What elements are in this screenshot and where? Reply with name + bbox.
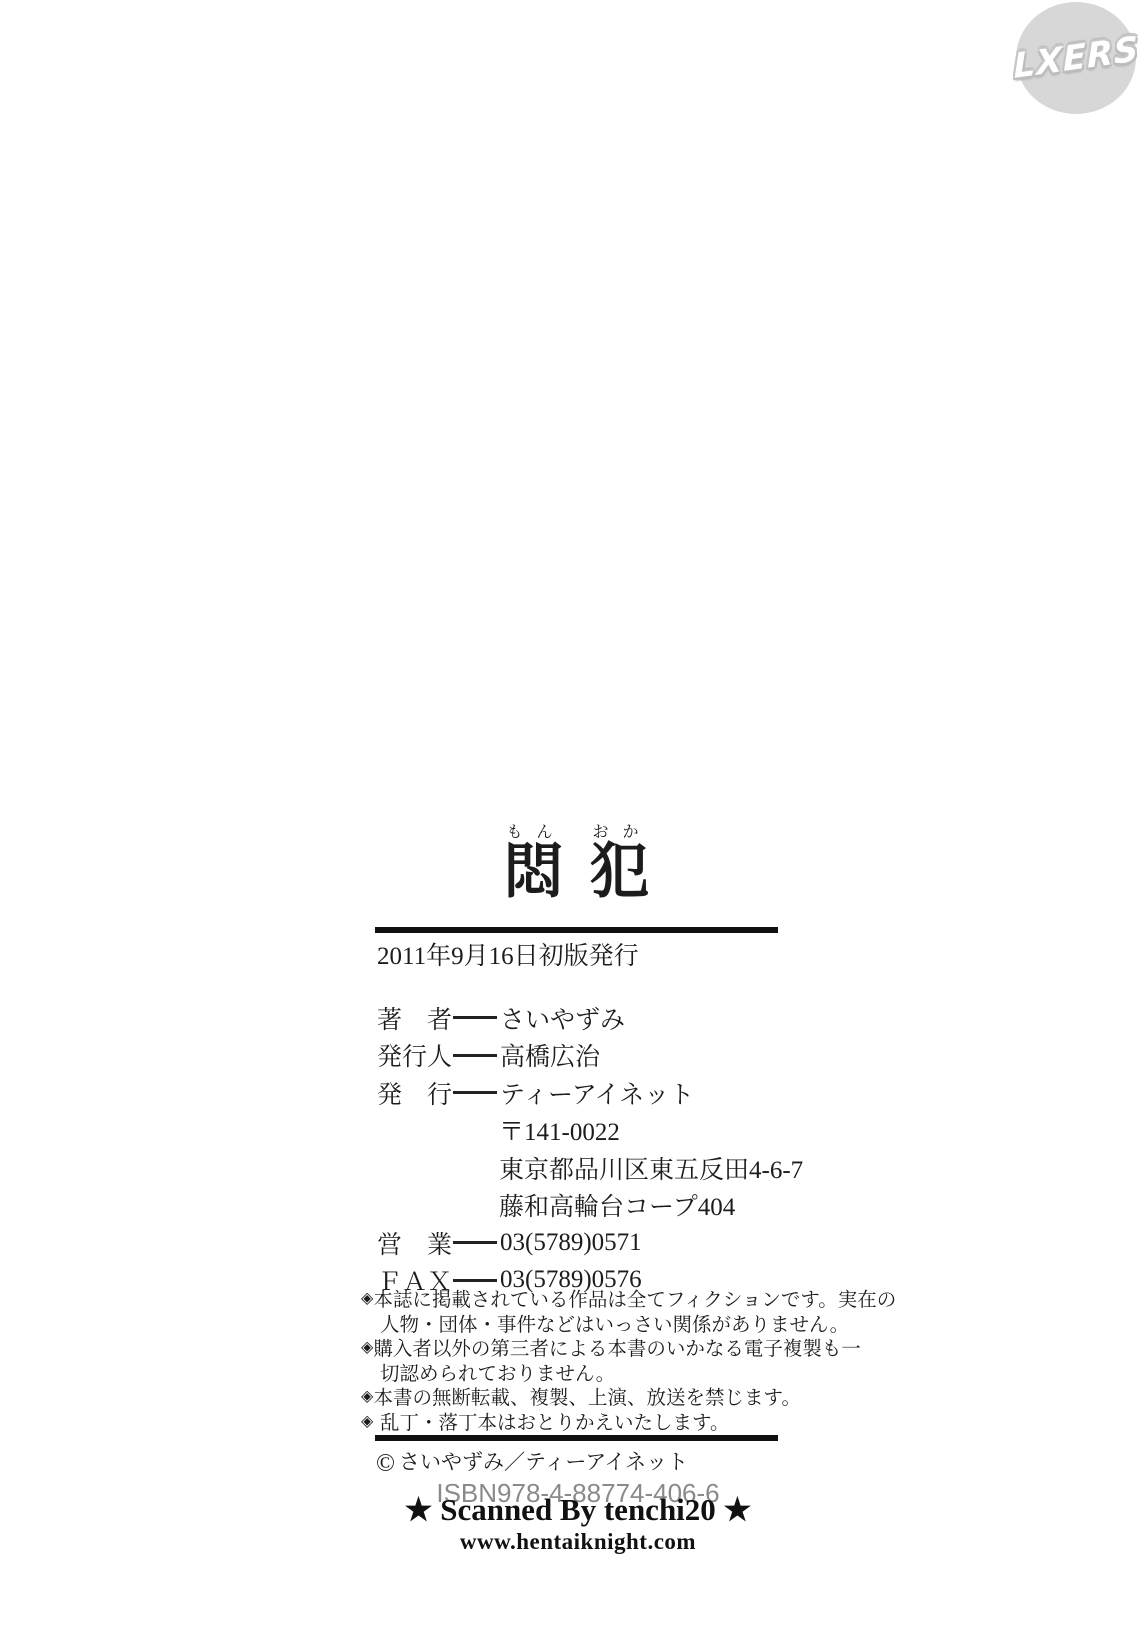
credit-label: 発 行 [377, 1075, 453, 1111]
footer-divider [375, 1435, 778, 1441]
credit-row-sales-phone: 営 業 03(5789)0571 [377, 1224, 797, 1262]
credit-row-author: 著 者 さいやずみ [377, 999, 797, 1037]
edition-date-text: 2011年9月16日初版発行 [377, 936, 639, 972]
title-kanji-1-char: 悶 [504, 839, 564, 905]
credit-value: さいやずみ [500, 1000, 625, 1036]
lxers-watermark: LXERS [1016, 2, 1136, 114]
scanned-page: LXERS 悶もん犯おか 2011年9月16日初版発行 著 者 さいやずみ 発行… [0, 0, 1140, 1646]
credit-value: 03(5789)0571 [500, 1229, 642, 1257]
lxers-watermark-text: LXERS [1013, 29, 1140, 87]
credit-label: 著 者 [377, 1000, 453, 1036]
diamond-bullet-icon: ◈ [361, 1386, 374, 1406]
title-kanji-2-furigana: おか [590, 824, 650, 841]
title-kanji-1-furigana: もん [504, 824, 564, 841]
title-kanji-1: 悶もん [504, 839, 564, 905]
title-kanji-2-char: 犯 [590, 839, 650, 905]
colophon-credits: 著 者 さいやずみ 発行人 高橋広治 発 行 ティーアイネット 〒141-002… [377, 999, 797, 1299]
title-divider [375, 927, 778, 933]
copyright-line: ©さいやずみ／ティーアイネット [376, 1446, 688, 1478]
credit-value: ティーアイネット [500, 1075, 694, 1111]
title-kanji-2: 犯おか [590, 839, 650, 905]
diamond-bullet-icon: ◈ [361, 1288, 373, 1308]
notice-text: 乱丁・落丁本はおとりかえいたします。 [380, 1407, 729, 1435]
diamond-bullet-icon: ◈ [361, 1411, 380, 1431]
credit-row-address-1: 東京都品川区東五反田4-6-7 [377, 1149, 797, 1187]
connector-dash [453, 1091, 497, 1094]
credit-value-continuation: 藤和高輪台コープ404 [499, 1187, 735, 1223]
notice-line-continuation: 切認められておりません。 [361, 1360, 801, 1385]
notice-line-continuation: 人物・団体・事件などはいっさい関係がありません。 [361, 1311, 801, 1336]
credit-value: 高橋広治 [500, 1037, 600, 1073]
credit-value-continuation: 〒141-0022 [499, 1112, 620, 1148]
connector-dash [453, 1241, 497, 1244]
notice-line: ◈ 本誌に掲載されている作品は全てフィクションです。実在の [361, 1286, 801, 1311]
legal-notices: ◈ 本誌に掲載されている作品は全てフィクションです。実在の 人物・団体・事件など… [361, 1286, 801, 1433]
book-title: 悶もん犯おか [375, 824, 778, 917]
diamond-bullet-icon: ◈ [361, 1337, 373, 1357]
notice-line: ◈ 乱丁・落丁本はおとりかえいたします。 [361, 1409, 801, 1434]
credit-label: 発行人 [377, 1037, 453, 1073]
credit-row-publisher-person: 発行人 高橋広治 [377, 1037, 797, 1075]
connector-dash [453, 1054, 497, 1057]
credit-row-postal-code: 〒141-0022 [377, 1112, 797, 1150]
copyright-text: さいやずみ／ティーアイネット [399, 1450, 688, 1474]
credit-row-address-2: 藤和高輪台コープ404 [377, 1187, 797, 1225]
notice-line: ◈ 本書の無断転載、複製、上演、放送を禁じます。 [361, 1384, 801, 1409]
scan-credit-line: ★ Scanned By tenchi20 ★ [370, 1492, 786, 1528]
credit-value-continuation: 東京都品川区東五反田4-6-7 [499, 1150, 803, 1186]
connector-dash [453, 1016, 497, 1019]
notice-line: ◈ 購入者以外の第三者による本書のいかなる電子複製も一 [361, 1335, 801, 1360]
connector-dash [453, 1279, 497, 1282]
credit-label: 営 業 [377, 1225, 453, 1261]
scan-site-text: www.hentaiknight.com [370, 1529, 786, 1555]
copyright-icon: © [376, 1450, 395, 1477]
credit-row-publisher: 発 行 ティーアイネット [377, 1074, 797, 1112]
